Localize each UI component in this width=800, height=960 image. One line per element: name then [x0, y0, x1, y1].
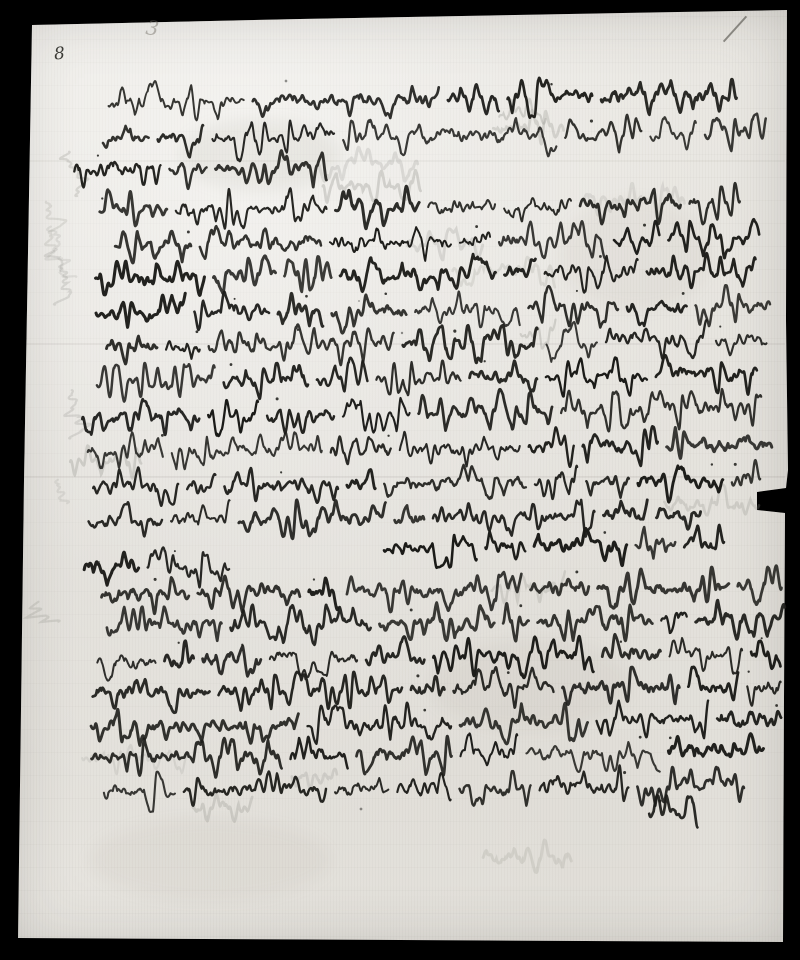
paper-speck [401, 332, 403, 334]
handwriting-word [635, 527, 675, 559]
handwriting-word [667, 426, 772, 458]
handwriting-word [499, 221, 605, 260]
handwriting-word [582, 426, 657, 466]
ink-dot [484, 360, 486, 362]
handwriting-word [747, 682, 781, 706]
handwriting-word [669, 637, 742, 674]
ink-dot [178, 642, 180, 644]
handwriting-word [433, 636, 593, 679]
handwriting-word [147, 547, 229, 588]
handwriting-word [751, 641, 780, 669]
handwriting-word [535, 466, 578, 500]
handwriting-line-2 [103, 113, 766, 163]
handwriting-word [598, 567, 729, 608]
handwriting-word [656, 508, 700, 530]
handwriting-word [84, 552, 139, 585]
handwriting-word [717, 711, 781, 727]
handwriting-line-1 [108, 74, 736, 123]
handwriting-word [403, 324, 538, 363]
ink-dot [682, 292, 685, 295]
paper-speck [578, 94, 580, 96]
handwriting-word [331, 436, 391, 465]
handwriting-word [107, 606, 222, 642]
handwriting-word [469, 361, 537, 392]
handwriting-line-10 [82, 386, 761, 438]
handwriting-word [74, 161, 161, 187]
paper-speck [358, 300, 360, 302]
handwriting-word [198, 575, 300, 613]
handwriting-word [614, 221, 660, 254]
ink-dot [475, 225, 478, 228]
ink-dot [187, 231, 190, 234]
handwriting-word [366, 636, 425, 665]
ink-dot [154, 578, 157, 581]
handwriting-word [157, 125, 203, 158]
ink-dot [384, 292, 387, 295]
handwriting-word [202, 646, 261, 677]
handwriting-word [335, 778, 388, 795]
handwriting-word [284, 256, 331, 292]
page-number: 8 [53, 44, 66, 65]
handwriting-word [166, 341, 200, 359]
ink-dot [599, 255, 602, 258]
ink-dot [507, 671, 510, 674]
handwriting-word [586, 476, 629, 498]
ink-dot [519, 604, 522, 607]
handwriting-word [101, 577, 189, 614]
scanned-letter-page: 8 3 [0, 0, 800, 960]
ink-handwriting-group [73, 73, 787, 834]
ink-dot [620, 641, 622, 643]
handwriting-word [208, 400, 258, 437]
handwriting-word [504, 198, 571, 222]
handwriting-word [213, 256, 276, 294]
handwriting-word [397, 773, 451, 801]
handwriting-word [696, 599, 786, 639]
handwriting-word [93, 467, 178, 507]
ink-dot [711, 463, 713, 465]
handwriting-word [688, 666, 738, 700]
handwriting-word [82, 399, 199, 436]
handwriting-word [208, 323, 394, 366]
ink-dot [603, 531, 606, 534]
handwriting-word [448, 84, 499, 114]
handwriting-word [88, 502, 162, 537]
handwriting-word [97, 655, 156, 681]
handwriting-word [528, 427, 573, 467]
handwriting-word [603, 500, 647, 520]
handwriting-word [106, 336, 157, 364]
handwriting-word [418, 389, 552, 431]
handwriting-line-23 [649, 795, 697, 828]
handwriting-line-11 [88, 425, 772, 473]
ghost-stroke [23, 598, 60, 630]
handwriting-word [459, 771, 531, 807]
handwriting-word [668, 734, 763, 758]
handwriting-word [534, 528, 627, 567]
handwriting-word [606, 320, 707, 359]
ink-dot [423, 709, 426, 712]
handwriting-word [562, 666, 679, 705]
handwriting-word [253, 86, 439, 120]
ink-dot [305, 295, 308, 298]
handwriting-word [411, 676, 445, 696]
handwriting-word [200, 225, 321, 259]
ink-dot [101, 197, 103, 199]
handwriting-line-22 [104, 764, 744, 813]
handwriting-word [218, 671, 402, 711]
handwriting-word [716, 334, 767, 355]
ink-dot [748, 670, 750, 672]
handwriting-word [485, 531, 525, 560]
handwriting-word [100, 189, 167, 226]
handwriting-word [596, 700, 708, 740]
ink-dot [734, 463, 737, 466]
handwriting-word [415, 291, 520, 328]
handwriting-word [230, 603, 371, 645]
handwriting-word [104, 771, 175, 812]
handwriting-word [171, 500, 230, 525]
handwriting-word [96, 293, 186, 327]
ink-dot [276, 397, 279, 400]
handwriting-line-13 [88, 494, 700, 542]
handwriting-word [537, 605, 652, 642]
handwriting-word [400, 430, 520, 467]
handwriting-word [212, 120, 334, 162]
handwriting-word [347, 469, 376, 489]
handwriting-word [108, 80, 244, 121]
handwriting-word [97, 362, 215, 402]
ink-dot [234, 298, 236, 300]
ink-dot [576, 290, 578, 292]
handwriting-word [309, 578, 338, 610]
handwriting-word [394, 505, 424, 523]
handwriting-word [526, 742, 659, 774]
ghost-stroke [483, 840, 571, 873]
handwriting-word [115, 231, 191, 263]
handwriting-word [93, 679, 210, 714]
handwriting-word [601, 79, 737, 115]
handwriting-word [627, 301, 687, 326]
ink-dot [590, 119, 593, 122]
handwriting-word [602, 634, 661, 660]
ghost-stroke [38, 224, 77, 284]
ink-dot [550, 83, 553, 86]
handwriting-word [460, 703, 588, 745]
handwriting-word [194, 291, 269, 330]
ghost-stroke [193, 793, 252, 821]
handwriting-word [270, 652, 358, 678]
ghost-stroke [54, 479, 69, 505]
ink-dot [230, 363, 233, 366]
handwriting-line-14 [384, 525, 724, 569]
handwriting-word [384, 464, 526, 500]
handwriting-layer [0, 0, 800, 960]
handwriting-word [544, 255, 638, 293]
handwriting-line-3 [74, 150, 326, 190]
handwriting-word [656, 354, 757, 396]
handwriting-word [379, 602, 494, 641]
handwriting-word [503, 603, 529, 641]
handwriting-line-12 [93, 460, 760, 509]
ink-dot [623, 771, 626, 774]
handwriting-word [343, 398, 410, 433]
handwriting-word [330, 227, 451, 262]
ink-dot [669, 736, 672, 739]
ink-dot [313, 578, 315, 580]
handwriting-word [428, 200, 495, 213]
ink-dot [410, 609, 413, 612]
handwriting-word [661, 613, 687, 633]
ghost-stroke [499, 99, 545, 124]
handwriting-word [223, 363, 308, 399]
handwriting-word [356, 736, 451, 776]
handwriting-word [290, 736, 347, 769]
handwriting-line-15 [84, 547, 229, 589]
ink-dot [280, 471, 282, 473]
handwriting-word [561, 388, 762, 432]
ink-dot [387, 435, 389, 437]
ink-dot [416, 674, 419, 677]
handwriting-word [103, 126, 149, 148]
paper-speck [285, 80, 288, 83]
ink-dot [761, 637, 763, 639]
ink-dot [97, 154, 99, 156]
handwriting-word [176, 188, 327, 229]
handwriting-word [565, 115, 642, 153]
ghost-stroke [34, 198, 71, 248]
handwriting-word [95, 260, 204, 296]
handwriting-word [376, 360, 461, 395]
ink-dot [174, 550, 176, 552]
handwriting-word [453, 666, 554, 708]
handwriting-word [668, 219, 759, 259]
ghost-stroke [70, 446, 141, 479]
handwriting-word [546, 357, 647, 397]
handwriting-word [267, 409, 334, 433]
ghost-stroke [521, 320, 556, 349]
handwriting-word [647, 253, 756, 289]
handwriting-word [169, 163, 206, 189]
handwriting-word [172, 432, 322, 469]
ink-dot [161, 434, 164, 437]
handwriting-word [637, 766, 744, 806]
handwriting-word [689, 183, 740, 224]
ink-dot [643, 224, 646, 227]
handwriting-word [164, 641, 193, 668]
handwriting-word [215, 150, 326, 188]
handwriting-word [239, 499, 386, 540]
ink-dot [453, 330, 456, 333]
handwriting-word [638, 465, 723, 502]
handwriting-word [433, 500, 595, 539]
paper-speck [98, 561, 100, 563]
handwriting-word [187, 474, 216, 493]
handwriting-word [738, 566, 782, 605]
handwriting-line-18 [97, 632, 780, 683]
ink-dot [719, 326, 721, 328]
handwriting-word [649, 795, 697, 828]
handwriting-word [705, 114, 766, 152]
handwriting-word [650, 117, 696, 150]
handwriting-word [278, 293, 323, 327]
ink-dot [775, 704, 778, 707]
paper-speck [360, 808, 363, 811]
handwriting-word [384, 535, 477, 569]
ink-dot [639, 736, 642, 739]
ink-dot [575, 570, 578, 573]
handwriting-line-16 [101, 566, 781, 616]
